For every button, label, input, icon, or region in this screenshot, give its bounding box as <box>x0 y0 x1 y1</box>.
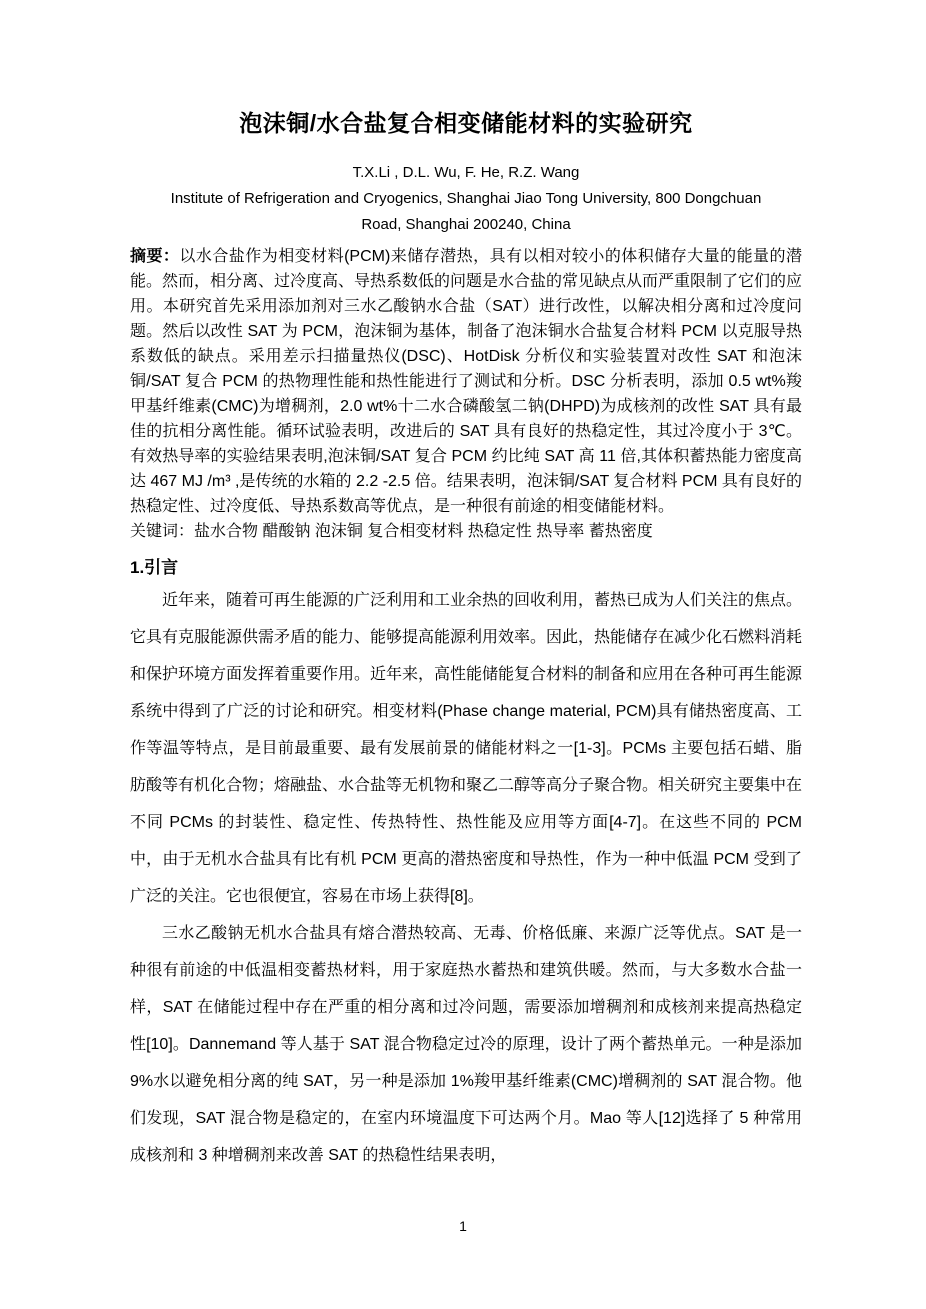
keywords-text: 盐水合物 醋酸钠 泡沫铜 复合相变材料 热稳定性 热导率 蓄热密度 <box>194 523 653 540</box>
authors-line: T.X.Li , D.L. Wu, F. He, R.Z. Wang <box>130 160 802 186</box>
keywords-label: 关键词： <box>130 523 194 540</box>
abstract-label: 摘要： <box>130 248 179 265</box>
section-heading-introduction: 1.引言 <box>130 554 802 582</box>
page-content: 泡沫铜/水合盐复合相变储能材料的实验研究 T.X.Li , D.L. Wu, F… <box>0 0 926 1174</box>
keywords-line: 关键词：盐水合物 醋酸钠 泡沫铜 复合相变材料 热稳定性 热导率 蓄热密度 <box>130 519 802 544</box>
abstract-paragraph: 摘要：以水合盐作为相变材料(PCM)来储存潜热，具有以相对较小的体积储存大量的能… <box>130 244 802 519</box>
intro-paragraph-2: 三水乙酸钠无机水合盐具有熔合潜热较高、无毒、价格低廉、来源广泛等优点。SAT 是… <box>130 915 802 1174</box>
page-number: 1 <box>0 1217 926 1235</box>
intro-paragraph-1: 近年来，随着可再生能源的广泛利用和工业余热的回收利用，蓄热已成为人们关注的焦点。… <box>130 582 802 915</box>
affiliation-line-2: Road, Shanghai 200240, China <box>130 212 802 238</box>
abstract-text: 以水合盐作为相变材料(PCM)来储存潜热，具有以相对较小的体积储存大量的能量的潜… <box>130 248 802 515</box>
affiliation-line-1: Institute of Refrigeration and Cryogenic… <box>130 186 802 212</box>
document-page: 泡沫铜/水合盐复合相变储能材料的实验研究 T.X.Li , D.L. Wu, F… <box>0 0 926 1309</box>
paper-title: 泡沫铜/水合盐复合相变储能材料的实验研究 <box>130 106 802 140</box>
